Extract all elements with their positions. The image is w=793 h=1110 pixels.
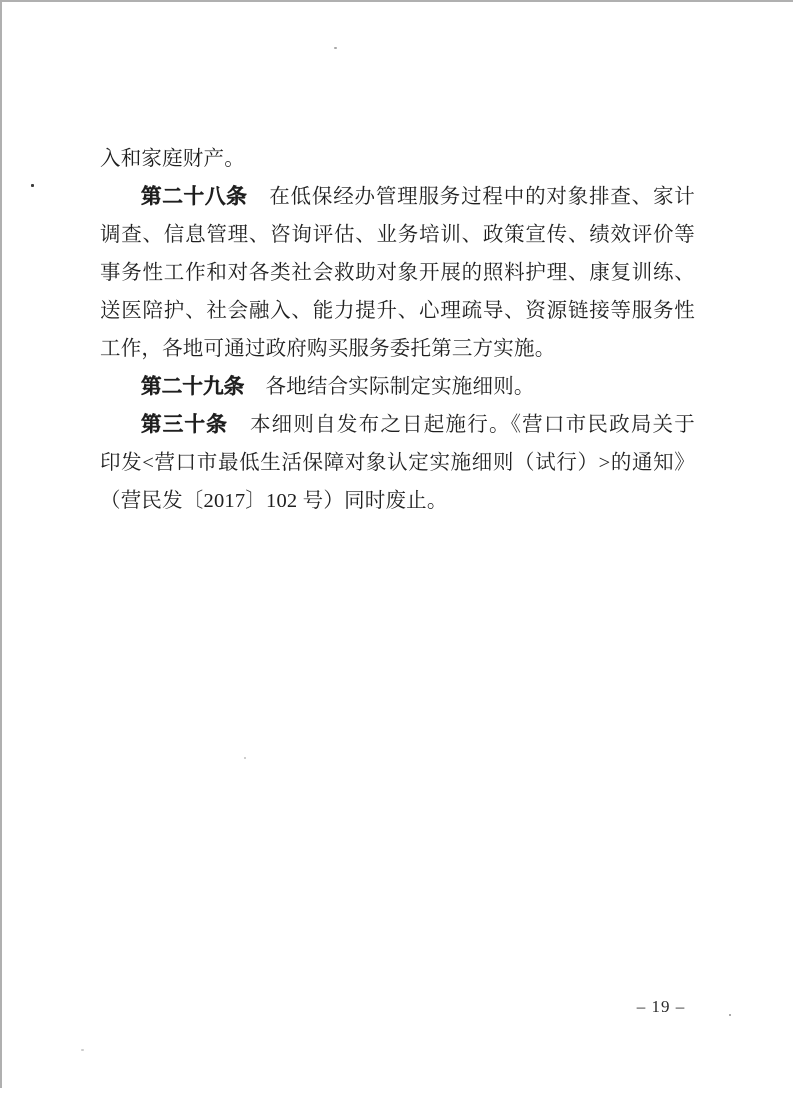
document-body: 入和家庭财产。第二十八条在低保经办管理服务过程中的对象排查、家计调查、信息管理、… xyxy=(100,140,695,520)
article-gap xyxy=(248,202,269,203)
article-number: 第二十八条 xyxy=(141,186,248,208)
article-number: 第三十条 xyxy=(141,414,228,436)
scan-speck xyxy=(729,1014,731,1016)
text-line: 第二十八条在低保经办管理服务过程中的对象排查、家计 xyxy=(100,178,695,216)
line-text: （营民发〔2017〕102 号）同时废止。 xyxy=(100,490,448,512)
text-line: 送医陪护、社会融入、能力提升、心理疏导、资源链接等服务性 xyxy=(100,292,695,330)
text-line: 事务性工作和对各类社会救助对象开展的照料护理、康复训练、 xyxy=(100,254,695,292)
scan-speck xyxy=(244,757,246,759)
text-line: 印发<营口市最低生活保障对象认定实施细则（试行）>的通知》 xyxy=(100,444,695,482)
scanned-document-page: 入和家庭财产。第二十八条在低保经办管理服务过程中的对象排查、家计调查、信息管理、… xyxy=(0,0,793,1110)
line-text: 调查、信息管理、咨询评估、业务培训、政策宣传、绩效评价等 xyxy=(100,224,695,246)
text-line: （营民发〔2017〕102 号）同时废止。 xyxy=(100,482,695,520)
scan-speck xyxy=(31,184,34,187)
article-number: 第二十九条 xyxy=(141,376,245,398)
line-text: 工作，各地可通过政府购买服务委托第三方实施。 xyxy=(100,338,555,360)
article-gap xyxy=(245,392,266,393)
line-text: 本细则自发布之日起施行。《营口市民政局关于 xyxy=(249,414,695,436)
text-line: 入和家庭财产。 xyxy=(100,140,695,178)
text-line: 调查、信息管理、咨询评估、业务培训、政策宣传、绩效评价等 xyxy=(100,216,695,254)
text-line: 工作，各地可通过政府购买服务委托第三方实施。 xyxy=(100,330,695,368)
text-line: 第二十九条各地结合实际制定实施细则。 xyxy=(100,368,695,406)
page-number: – 19 – xyxy=(630,997,692,1017)
text-line: 第三十条本细则自发布之日起施行。《营口市民政局关于 xyxy=(100,406,695,444)
line-text: 印发<营口市最低生活保障对象认定实施细则（试行）>的通知》 xyxy=(100,452,695,474)
scan-speck xyxy=(334,47,337,49)
line-text: 在低保经办管理服务过程中的对象排查、家计 xyxy=(269,186,695,208)
line-text: 送医陪护、社会融入、能力提升、心理疏导、资源链接等服务性 xyxy=(100,300,695,322)
scan-edge-top xyxy=(0,0,793,2)
scan-edge-left xyxy=(0,0,2,1088)
article-gap xyxy=(228,430,249,431)
scan-speck xyxy=(81,1049,84,1051)
line-text: 事务性工作和对各类社会救助对象开展的照料护理、康复训练、 xyxy=(100,262,695,284)
line-text: 入和家庭财产。 xyxy=(100,148,245,170)
line-text: 各地结合实际制定实施细则。 xyxy=(266,376,535,398)
